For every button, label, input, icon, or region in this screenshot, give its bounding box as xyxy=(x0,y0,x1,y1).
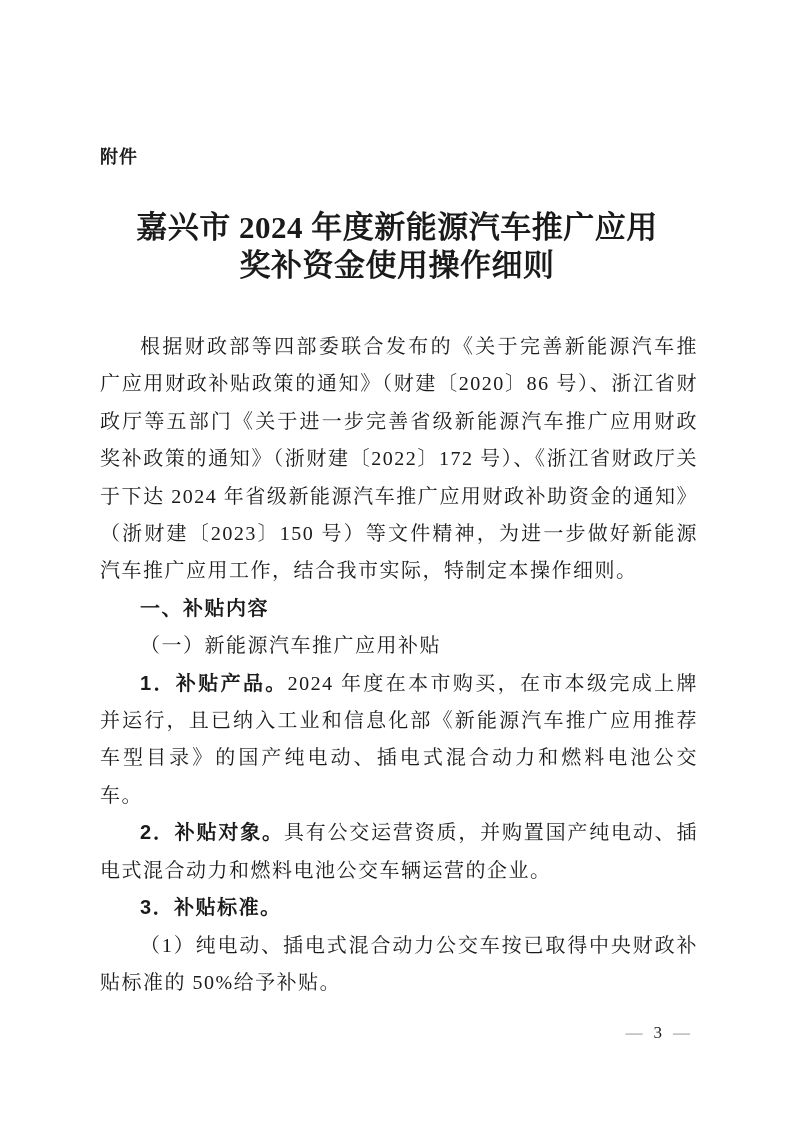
page-footer: —3— xyxy=(0,1023,794,1043)
item-subsidy-product-label: 1．补贴产品。 xyxy=(140,673,288,695)
page-number: 3 xyxy=(654,1023,663,1042)
footer-left-dash: — xyxy=(626,1023,643,1042)
subsection-heading-nev-promotion-subsidy: （一）新能源汽车推广应用补贴 xyxy=(100,628,698,665)
item-subsidy-target-label: 2．补贴对象。 xyxy=(140,822,284,844)
point-bus-subsidy-rate: （1）纯电动、插电式混合动力公交车按已取得中央财政补贴标准的 50%给予补贴。 xyxy=(100,928,698,1003)
section-heading-subsidy-content: 一、补贴内容 xyxy=(100,591,698,628)
item-subsidy-standard: 3．补贴标准。 xyxy=(100,890,698,927)
document-page: 附件 嘉兴市 2024 年度新能源汽车推广应用 奖补资金使用操作细则 根据财政部… xyxy=(0,0,794,1123)
document-title: 嘉兴市 2024 年度新能源汽车推广应用 奖补资金使用操作细则 xyxy=(0,209,794,285)
document-body: 根据财政部等四部委联合发布的《关于完善新能源汽车推广应用财政补贴政策的通知》（财… xyxy=(100,329,698,1002)
item-subsidy-standard-label: 3．补贴标准。 xyxy=(140,897,282,919)
footer-right-dash: — xyxy=(673,1023,690,1042)
item-subsidy-product: 1．补贴产品。2024 年度在本市购买，在市本级完成上牌并运行，且已纳入工业和信… xyxy=(100,666,698,816)
document-title-line1: 嘉兴市 2024 年度新能源汽车推广应用 xyxy=(0,209,794,247)
attachment-label: 附件 xyxy=(100,143,138,169)
intro-paragraph: 根据财政部等四部委联合发布的《关于完善新能源汽车推广应用财政补贴政策的通知》（财… xyxy=(100,329,698,591)
item-subsidy-target: 2．补贴对象。具有公交运营资质，并购置国产纯电动、插电式混合动力和燃料电池公交车… xyxy=(100,815,698,890)
document-title-line2: 奖补资金使用操作细则 xyxy=(0,247,794,285)
